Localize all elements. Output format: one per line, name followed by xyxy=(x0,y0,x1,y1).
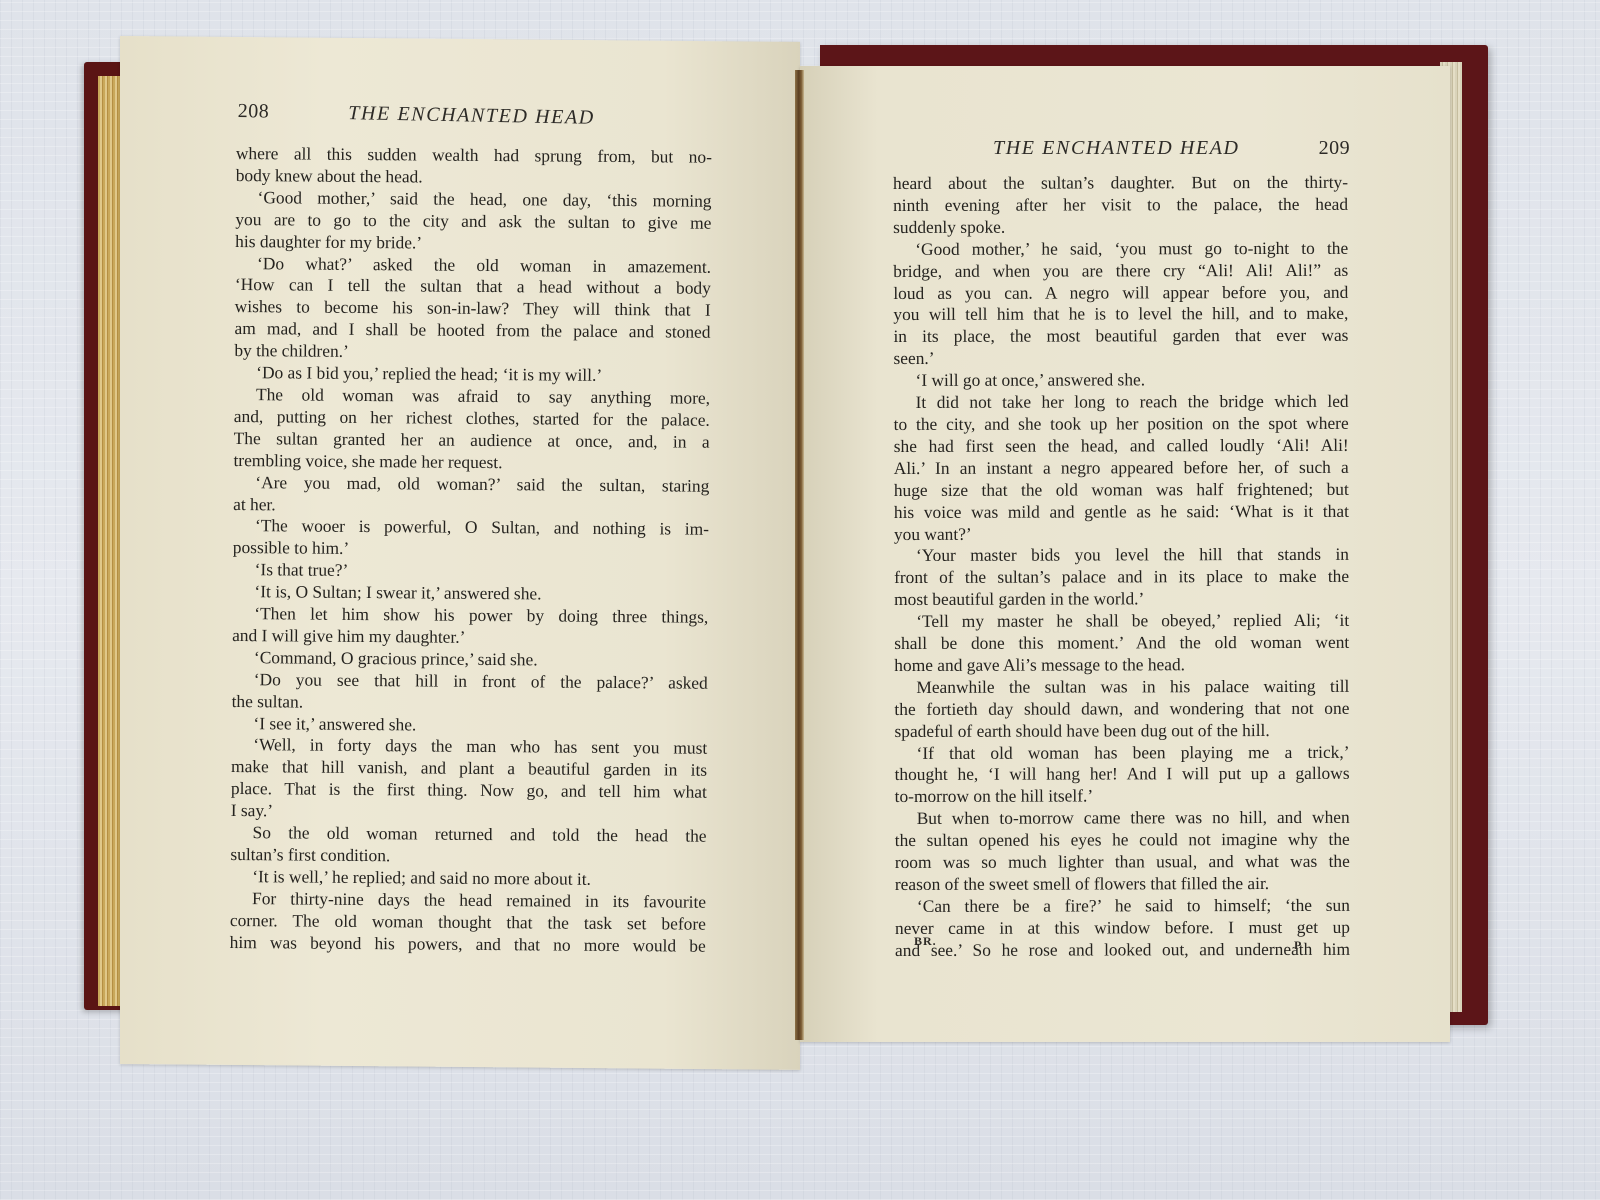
left-page-body-text: where all this sudden wealth had sprung … xyxy=(230,143,712,957)
text-line: most beautiful garden in the world.’ xyxy=(894,588,1349,611)
right-page-number: 209 xyxy=(1319,137,1351,159)
text-line: in its place, the most beautiful garden … xyxy=(893,325,1348,348)
text-line: loud as you can. A negro will appear bef… xyxy=(893,281,1348,304)
text-line: home and gave Ali’s message to the head. xyxy=(894,654,1349,677)
text-line: you are to go to the city and ask the su… xyxy=(235,209,711,235)
signature-letter: P xyxy=(1294,938,1302,953)
text-line: ‘I will go at once,’ answered she. xyxy=(894,369,1349,392)
text-line: ‘Are you mad, old woman?’ said the sulta… xyxy=(233,472,709,498)
text-line: front of the sultan’s palace and in its … xyxy=(894,566,1349,589)
text-line: ‘Tell my master he shall be obeyed,’ rep… xyxy=(894,610,1349,633)
text-line: him was beyond his powers, and that no m… xyxy=(230,932,706,958)
text-line: his voice was mild and gentle as he said… xyxy=(894,500,1349,523)
text-line: shall be done this moment.’ And the old … xyxy=(894,632,1349,655)
text-line: seen.’ xyxy=(893,347,1348,370)
left-chapter-title: THE ENCHANTED HEAD xyxy=(348,102,595,129)
right-page-body-text: heard about the sultan’s daughter. But o… xyxy=(893,172,1350,962)
text-line: corner. The old woman thought that the t… xyxy=(230,910,706,936)
text-line: the sultan opened his eyes he could not … xyxy=(895,829,1350,852)
text-line: you want?’ xyxy=(894,522,1349,545)
text-line: Meanwhile the sultan was in his palace w… xyxy=(894,676,1349,699)
text-line: ‘Do you see that hill in front of the pa… xyxy=(232,669,708,695)
text-line: and see.’ So he rose and looked out, and… xyxy=(895,939,1350,962)
text-line: But when to-morrow came there was no hil… xyxy=(895,807,1350,830)
text-line: ‘If that old woman has been playing me a… xyxy=(894,741,1349,764)
book-gutter-spine xyxy=(795,70,804,1040)
text-line: the fortieth day should dawn, and wonder… xyxy=(894,698,1349,721)
right-running-head: THE ENCHANTED HEAD 209 xyxy=(993,137,1350,160)
text-line: place. That is the first thing. Now go, … xyxy=(231,778,707,804)
text-line: ninth evening after her visit to the pal… xyxy=(893,194,1348,217)
text-line: ‘Good mother,’ he said, ‘you must go to-… xyxy=(893,238,1348,261)
text-line: she had first seen the head, and called … xyxy=(894,435,1349,458)
text-line: his daughter for my bride.’ xyxy=(235,231,711,257)
text-line: to-morrow on the hill itself.’ xyxy=(895,785,1350,808)
right-chapter-title: THE ENCHANTED HEAD xyxy=(993,137,1240,159)
text-line: ‘Can there be a fire?’ he said to himsel… xyxy=(895,895,1350,918)
text-line: trembling voice, she made her request. xyxy=(233,450,709,476)
text-line: suddenly spoke. xyxy=(893,216,1348,239)
text-line: spadeful of earth should have been dug o… xyxy=(894,719,1349,742)
text-line: heard about the sultan’s daughter. But o… xyxy=(893,172,1348,195)
text-line: reason of the sweet smell of flowers tha… xyxy=(895,873,1350,896)
text-line: ‘Your master bids you level the hill tha… xyxy=(894,544,1349,567)
left-page-number: 208 xyxy=(238,100,270,123)
text-line: to the city, and she took up her positio… xyxy=(894,413,1349,436)
text-line: huge size that the old woman was half fr… xyxy=(894,478,1349,501)
signature-mark: BR. xyxy=(914,934,937,949)
text-line: It did not take her long to reach the br… xyxy=(894,391,1349,414)
text-line: the sultan. xyxy=(232,691,708,717)
text-line: you will tell him that he is to level th… xyxy=(893,303,1348,326)
text-line: room was so much lighter than usual, and… xyxy=(895,851,1350,874)
text-line: Ali.’ In an instant a negro appeared bef… xyxy=(894,457,1349,480)
text-line: never came in at this window before. I m… xyxy=(895,917,1350,940)
text-line: thought he, ‘I will hang her! And I will… xyxy=(895,763,1350,786)
text-line: bridge, and when you are there cry “Ali!… xyxy=(893,259,1348,282)
